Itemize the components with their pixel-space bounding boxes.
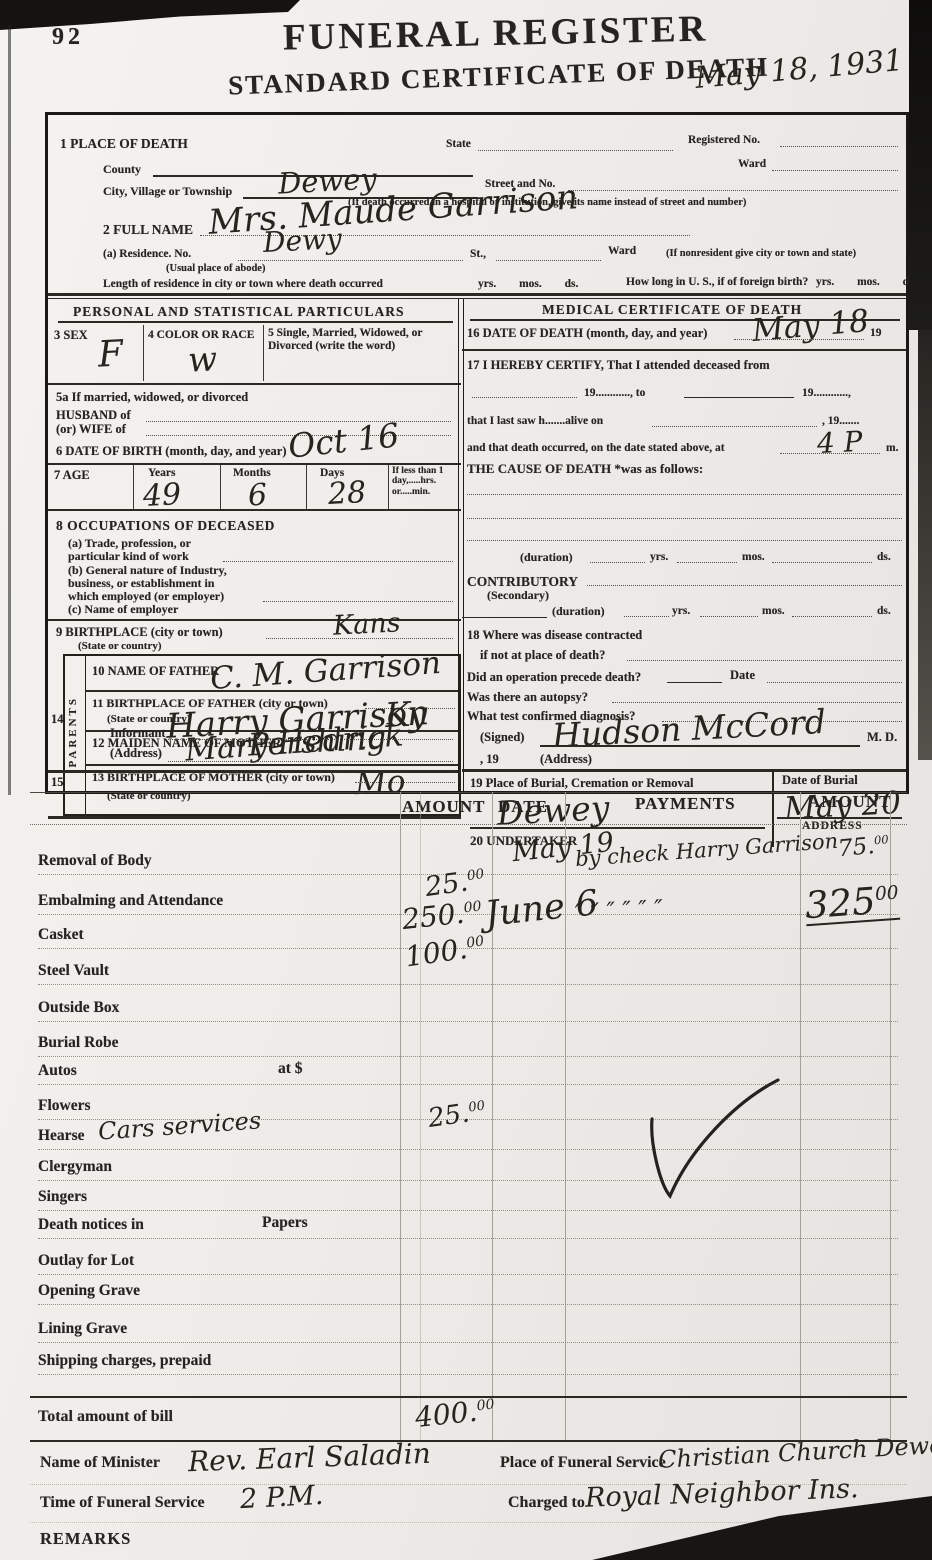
bill-row-label: Clergyman — [38, 1158, 112, 1175]
duration2-mos: mos. — [762, 605, 785, 618]
length-residence-label: Length of residence in city or town wher… — [103, 278, 383, 291]
certify-to-year: 19............, — [802, 387, 851, 400]
bill-row-label: Lining Grave — [38, 1320, 127, 1337]
wife-label: (or) WIFE of — [56, 423, 126, 437]
item15-label: 15 — [51, 776, 64, 790]
autopsy-label: Was there an autopsy? — [467, 691, 588, 705]
remarks-label: REMARKS — [40, 1530, 131, 1548]
marital-label: 5 Single, Married, Widowed, or Divorced … — [268, 327, 453, 352]
city-label: City, Village or Township — [103, 185, 232, 198]
minister-value: Rev. Earl Saladin — [188, 1440, 432, 1476]
length-units: yrs. mos. ds. — [478, 278, 578, 291]
billing-table: AMOUNT DATE PAYMENTS AMOUNT Removal of B… — [30, 792, 907, 1444]
duration2-label: (duration) — [552, 605, 605, 618]
disease-contracted-label2: if not at place of death? — [480, 649, 605, 663]
burial-date-label: Date of Burial — [782, 774, 858, 788]
birthplace-label: 9 BIRTHPLACE (city or town) — [56, 626, 223, 640]
col-payments-label: PAYMENTS — [635, 795, 736, 814]
bill-row-label: Shipping charges, prepaid — [38, 1352, 211, 1369]
minister-label: Name of Minister — [40, 1454, 160, 1472]
bill-row-note: Papers — [262, 1214, 308, 1231]
married-label: 5a If married, widowed, or divorced — [56, 391, 248, 405]
dob-value: Oct 16 — [287, 418, 401, 462]
st-label: St., — [470, 248, 486, 261]
bill-row-label: Singers — [38, 1188, 87, 1205]
place-of-death-label: 1 PLACE OF DEATH — [60, 137, 188, 152]
bill-row-label: Death notices in — [38, 1216, 144, 1233]
certificate-form: 1 PLACE OF DEATH State Registered No. Co… — [45, 112, 909, 794]
occurred-label: and that death occurred, on the date sta… — [467, 442, 725, 455]
duration2-yrs: yrs. — [672, 605, 690, 618]
duration1-mos: mos. — [742, 551, 765, 564]
bill-row8-note: Cars services — [97, 1108, 262, 1143]
age-days-value: 28 — [327, 478, 367, 510]
duration1-ds: ds. — [877, 551, 891, 564]
medical-column: MEDICAL CERTIFICATE OF DEATH 16 DATE OF … — [462, 299, 906, 791]
signed-address-paren: (Address) — [540, 753, 592, 767]
dod-label: 16 DATE OF DEATH (month, day, and year) — [467, 327, 707, 341]
bill-row1-amount: 25.00 — [423, 866, 486, 901]
registered-no-label: Registered No. — [688, 134, 760, 147]
duration1-label: (duration) — [520, 551, 573, 564]
page-subtitle: STANDARD CERTIFICATE OF DEATH — [228, 53, 770, 102]
birthplace-value: Kans — [332, 609, 401, 639]
bill-row0-paid: 75.00 — [837, 834, 890, 861]
bill-row-label: Flowers — [38, 1097, 91, 1114]
bill-row-label: Removal of Body — [38, 852, 152, 869]
ward2-label: Ward — [608, 245, 636, 258]
father-label: 10 NAME OF FATHER — [92, 665, 219, 679]
bill-row-label: Steel Vault — [38, 962, 109, 979]
scan-artifact-left-line — [8, 25, 11, 795]
charged-to-value: Royal Neighbor Ins. — [585, 1475, 859, 1512]
scan-artifact-right-band-lower — [918, 330, 932, 760]
occurred-m-label: m. — [886, 442, 898, 455]
informant-label: Informant — [110, 727, 166, 741]
col-amount2-label: AMOUNT — [808, 793, 891, 812]
scan-artifact-top-bar — [0, 0, 300, 30]
signed-year-label: , 19 — [480, 753, 499, 767]
operation-label: Did an operation precede death? — [467, 671, 641, 685]
service-place-label: Place of Funeral Service — [500, 1454, 666, 1472]
informant-address-label: (Address) — [110, 747, 162, 761]
signed-label: (Signed) — [480, 731, 524, 745]
bill-row8-amount: 25.00 — [426, 1098, 487, 1132]
father-value: C. M. Garrison — [209, 648, 442, 695]
age-lessthan-note: If less than 1 day,.....hrs. or.....min. — [392, 466, 458, 497]
bill-row-note: at $ — [278, 1060, 303, 1077]
bill-row-label: Hearse — [38, 1127, 84, 1144]
checkmark-annotation — [630, 1074, 790, 1209]
bill-row2-payment: ″ ″ ″ ″ ″ ″ — [574, 898, 663, 926]
col-date-label: DATE — [498, 798, 548, 817]
bill-row-label: Outlay for Lot — [38, 1252, 134, 1269]
bill-row-label: Outside Box — [38, 999, 119, 1016]
certify-label: 17 I HEREBY CERTIFY, That I attended dec… — [467, 359, 770, 373]
service-time-label: Time of Funeral Service — [40, 1494, 205, 1512]
age-months-value: 6 — [247, 481, 268, 512]
page-title: FUNERAL REGISTER — [283, 10, 709, 60]
page-number: 92 — [52, 24, 84, 50]
lastsaw-label: that I last saw h.......alive on — [467, 415, 603, 428]
disease-contracted-label: 18 Where was disease contracted — [467, 629, 642, 643]
operation-date-label: Date — [730, 669, 755, 683]
certify-to-label: 19............, to — [584, 387, 645, 400]
dod-value: May 18 — [751, 306, 870, 347]
total-value: 400.00 — [414, 1396, 497, 1432]
abode-note: (Usual place of abode) — [166, 263, 265, 275]
age-label: 7 AGE — [54, 469, 90, 483]
residence-value: Dewy — [262, 225, 342, 257]
occ-a2-label: particular kind of work — [68, 550, 189, 563]
bill-row2-amount: 250.00 — [401, 898, 484, 934]
residence-label: (a) Residence. No. — [103, 248, 191, 261]
sex-value: F — [97, 336, 124, 373]
race-value: w — [187, 342, 218, 377]
md-label: M. D. — [867, 731, 897, 745]
bill-row-label: Casket — [38, 926, 84, 943]
parents-side-label: PARENTS — [67, 696, 79, 768]
ward-label: Ward — [738, 158, 766, 171]
charged-to-label: Charged to — [508, 1494, 585, 1512]
sex-label: 3 SEX — [54, 329, 88, 343]
howlong-units: yrs. mos. ds. — [816, 276, 916, 289]
state-label: State — [446, 138, 471, 151]
item14-label: 14 — [51, 713, 64, 727]
service-time-value: 2 P.M. — [239, 1482, 324, 1513]
howlong-label: How long in U. S., if of foreign birth? — [626, 276, 808, 289]
secondary-label: (Secondary) — [487, 589, 549, 602]
bill-row3-amount: 100.00 — [403, 933, 486, 972]
nonresident-note: (If nonresident give city or town and st… — [666, 248, 856, 260]
occ-c-label: (c) Name of employer — [68, 603, 178, 616]
birthplace-note: (State or country) — [78, 640, 162, 652]
age-years-value: 49 — [142, 480, 182, 512]
husband-label: HUSBAND of — [56, 409, 131, 423]
dod-year: 19 — [870, 327, 882, 340]
bill-row-label: Embalming and Attendance — [38, 892, 223, 909]
full-name-label: 2 FULL NAME — [103, 223, 193, 238]
cause-label: THE CAUSE OF DEATH *was as follows: — [467, 462, 703, 476]
duration2-ds: ds. — [877, 605, 891, 618]
bill-row-label: Burial Robe — [38, 1034, 119, 1051]
bill-row-label: Opening Grave — [38, 1282, 140, 1299]
bill-row-label: Autos — [38, 1062, 77, 1079]
bill-row2-paid: 32500 — [804, 881, 901, 926]
total-label: Total amount of bill — [38, 1408, 173, 1426]
county-label: County — [103, 163, 141, 176]
dob-label: 6 DATE OF BIRTH (month, day, and year) — [56, 445, 287, 459]
personal-heading: PERSONAL AND STATISTICAL PARTICULARS — [73, 305, 404, 320]
duration1-yrs: yrs. — [650, 551, 668, 564]
informant-address-value: Pershing — [247, 723, 387, 761]
occupations-heading: 8 OCCUPATIONS OF DECEASED — [56, 519, 275, 534]
col-amount-label: AMOUNT — [402, 798, 485, 817]
scan-artifact-right-band — [909, 0, 932, 330]
